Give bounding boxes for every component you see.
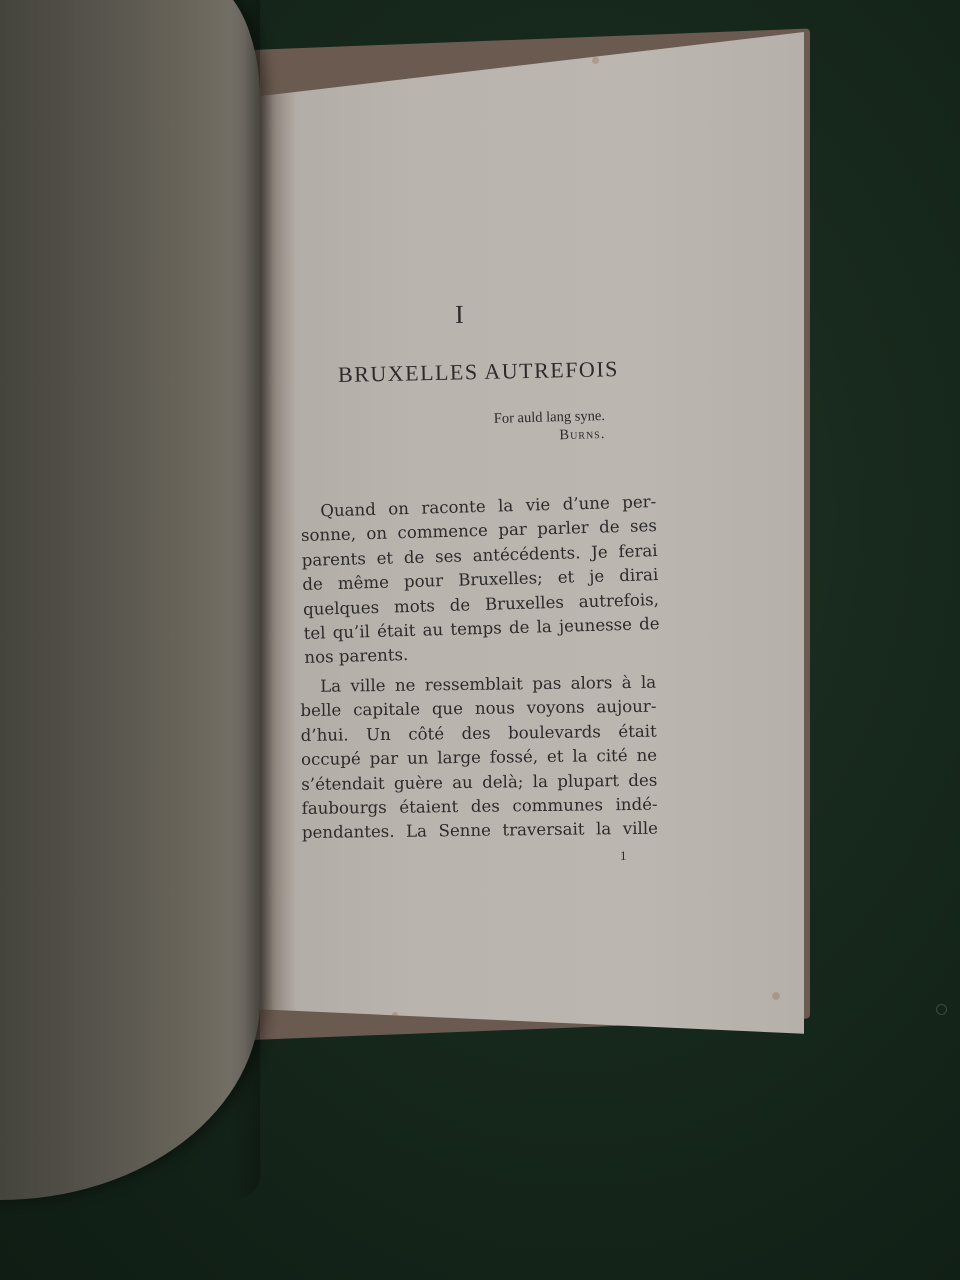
paragraph: La ville ne ressemblait pas alors à la b… — [300, 670, 658, 845]
signature-mark: 1 — [620, 848, 627, 864]
book-photo: I BRUXELLES AUTREFOIS For auld lang syne… — [0, 0, 960, 1280]
table-hole — [936, 1004, 947, 1015]
foxing-spot — [772, 992, 780, 1000]
epigraph: For auld lang syne. Burns. — [494, 407, 606, 446]
text-line: pendantes. La Senne traversait la ville — [302, 817, 658, 846]
epigraph-attribution: Burns. — [494, 425, 606, 446]
text-line: occupé par un large fossé, et la cité ne — [301, 744, 657, 773]
body-text: Quand on raconte la vie d’une per- sonne… — [300, 500, 656, 846]
left-facing-page — [0, 0, 260, 1200]
foxing-spot — [592, 57, 599, 64]
chapter-number: I — [455, 300, 464, 330]
paragraph: Quand on raconte la vie d’une per- sonne… — [300, 490, 661, 671]
